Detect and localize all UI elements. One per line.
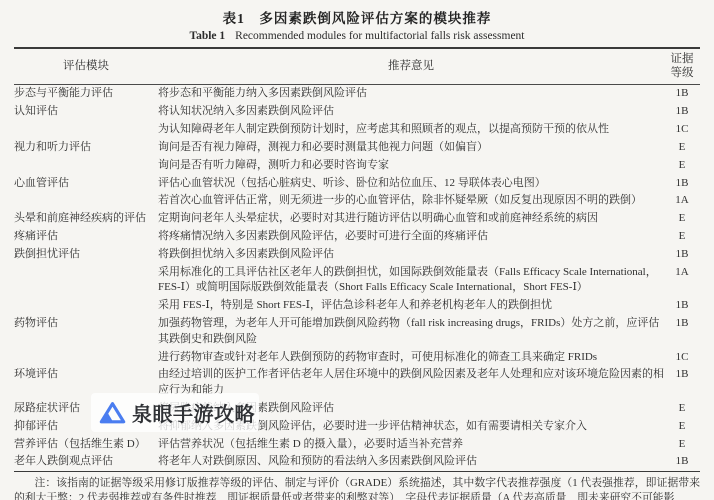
cell-module [14,348,158,366]
cell-module: 药物评估 [14,315,158,348]
document-page: 表1 多因素跌倒风险评估方案的模块推荐 Table 1Recommended m… [0,0,714,500]
cell-evidence-level: 1B [664,315,700,348]
table-title-zh: 表1 多因素跌倒风险评估方案的模块推荐 [0,0,714,27]
table-title-en: Table 1Recommended modules for multifact… [0,30,714,42]
cell-evidence-level: 1C [664,121,700,139]
table-title-en-label: Table 1 [189,30,225,42]
column-header-evidence-line2: 等级 [671,67,694,79]
cell-recommendation: 进行药物审查或针对老年人跌倒预防的药物审查时，可使用标准化的筛查工具来确定 FR… [158,348,664,366]
cell-evidence-level: E [664,157,700,175]
cell-recommendation: 询问是否有听力障碍，测听力和必要时咨询专家 [158,157,664,175]
cell-module: 疼痛评估 [14,228,158,246]
table-row: 认知评估将认知状况纳入多因素跌倒风险评估1B [14,103,700,121]
cell-module: 老年人跌倒观点评估 [14,453,158,471]
cell-recommendation: 询问是否有视力障碍，测视力和必要时测量其他视力问题（如偏盲） [158,139,664,157]
table-row: 采用标准化的工具评估社区老年人的跌倒担忧，如国际跌倒效能量表（Falls Eff… [14,264,700,297]
table-row: 心血管评估评估心血管状况（包括心脏病史、听诊、卧位和站位血压、12 导联体表心电… [14,174,700,192]
table-row: 步态与平衡能力评估将步态和平衡能力纳入多因素跌倒风险评估1B [14,85,700,103]
column-header-evidence-line1: 证据 [671,53,694,65]
table-title-en-text: Recommended modules for multifactorial f… [235,30,524,42]
cell-recommendation: 评估心血管状况（包括心脏病史、听诊、卧位和站位血压、12 导联体表心电图） [158,174,664,192]
table-row: 为认知障碍老年人制定跌倒预防计划时，应考虑其和照顾者的观点，以提高预防干预的依从… [14,121,700,139]
cell-module: 跌倒担忧评估 [14,246,158,264]
watermark: 泉眼手游攻略 [91,393,259,432]
cell-recommendation: 将步态和平衡能力纳入多因素跌倒风险评估 [158,85,664,103]
cell-evidence-level: 1A [664,192,700,210]
table-row: 若首次心血管评估正常，则无须进一步的心血管评估，除非怀疑晕厥（如反复出现原因不明… [14,192,700,210]
cell-evidence-level: E [664,210,700,228]
cell-recommendation: 将跌倒担忧纳入多因素跌倒风险评估 [158,246,664,264]
cell-evidence-level: 1B [664,246,700,264]
cell-module: 视力和听力评估 [14,139,158,157]
table-row: 进行药物审查或针对老年人跌倒预防的药物审查时，可使用标准化的筛查工具来确定 FR… [14,348,700,366]
cell-module [14,297,158,315]
header-row: 评估模块 推荐意见 证据等级 [14,48,700,85]
cell-evidence-level: E [664,400,700,418]
cell-module: 头晕和前庭神经疾病的评估 [14,210,158,228]
cell-recommendation: 将认知状况纳入多因素跌倒风险评估 [158,103,664,121]
table-row: 询问是否有听力障碍，测听力和必要时咨询专家E [14,157,700,175]
table-row: 疼痛评估将疼痛情况纳入多因素跌倒风险评估，必要时可进行全面的疼痛评估E [14,228,700,246]
cell-evidence-level: 1B [664,453,700,471]
table-row: 老年人跌倒观点评估将老年人对跌倒原因、风险和预防的看法纳入多因素跌倒风险评估1B [14,453,700,471]
table-row: 跌倒担忧评估将跌倒担忧纳入多因素跌倒风险评估1B [14,246,700,264]
cell-recommendation: 将疼痛情况纳入多因素跌倒风险评估，必要时可进行全面的疼痛评估 [158,228,664,246]
cell-recommendation: 为认知障碍老年人制定跌倒预防计划时，应考虑其和照顾者的观点，以提高预防干预的依从… [158,121,664,139]
cell-recommendation: 采用 FES-Ⅰ，特别是 Short FES-Ⅰ，评估急诊科老年人和养老机构老年… [158,297,664,315]
table-row: 视力和听力评估询问是否有视力障碍，测视力和必要时测量其他视力问题（如偏盲）E [14,139,700,157]
cell-module [14,264,158,297]
cell-evidence-level: 1C [664,348,700,366]
watermark-text: 泉眼手游攻略 [132,398,255,427]
cell-evidence-level: E [664,228,700,246]
cell-evidence-level: 1B [664,297,700,315]
table-row: 头晕和前庭神经疾病的评估定期询问老年人头晕症状，必要时对其进行随访评估以明确心血… [14,210,700,228]
cell-module: 心血管评估 [14,174,158,192]
column-header-recommendation: 推荐意见 [158,48,664,85]
watermark-logo-icon [99,400,126,425]
table-row: 采用 FES-Ⅰ，特别是 Short FES-Ⅰ，评估急诊科老年人和养老机构老年… [14,297,700,315]
cell-module: 营养评估（包括维生素 D） [14,435,158,453]
cell-evidence-level: E [664,139,700,157]
cell-recommendation: 将老年人对跌倒原因、风险和预防的看法纳入多因素跌倒风险评估 [158,453,664,471]
table-note: 注：该指南的证据等级采用修订版推荐等级的评估、制定与评价（GRADE）系统描述，… [14,476,700,500]
cell-evidence-level: 1B [664,85,700,103]
cell-evidence-level: 1B [664,366,700,399]
cell-evidence-level: 1B [664,174,700,192]
cell-evidence-level: E [664,435,700,453]
cell-evidence-level: E [664,418,700,436]
cell-module: 认知评估 [14,103,158,121]
cell-module [14,157,158,175]
cell-module [14,121,158,139]
cell-recommendation: 加强药物管理，为老年人开可能增加跌倒风险药物（fall risk increas… [158,315,664,348]
cell-evidence-level: 1A [664,264,700,297]
cell-recommendation: 评估营养状况（包括维生素 D 的摄入量），必要时适当补充营养 [158,435,664,453]
cell-evidence-level: 1B [664,103,700,121]
cell-recommendation: 若首次心血管评估正常，则无须进一步的心血管评估，除非怀疑晕厥（如反复出现原因不明… [158,192,664,210]
cell-module: 步态与平衡能力评估 [14,85,158,103]
cell-recommendation: 定期询问老年人头晕症状，必要时对其进行随访评估以明确心血管和或前庭神经系统的病因 [158,210,664,228]
column-header-module: 评估模块 [14,48,158,85]
table-row: 药物评估加强药物管理，为老年人开可能增加跌倒风险药物（fall risk inc… [14,315,700,348]
cell-recommendation: 采用标准化的工具评估社区老年人的跌倒担忧，如国际跌倒效能量表（Falls Eff… [158,264,664,297]
table-row: 营养评估（包括维生素 D）评估营养状况（包括维生素 D 的摄入量），必要时适当补… [14,435,700,453]
cell-module [14,192,158,210]
column-header-evidence: 证据等级 [664,48,700,85]
